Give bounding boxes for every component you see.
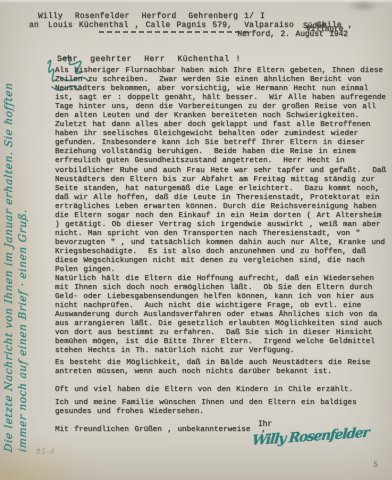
paragraph: Als bisheriger Flurnachbar haben mich Ih… [55,67,387,275]
paragraph: Ich und meine Familie wünschen Ihnen und… [55,399,387,417]
sender-line: Willy Rosenfelder Herford Gehrenberg 1/ … [38,13,368,22]
margin-annotation: Die letzte Nachricht von Ihnen im Januar… [2,60,36,452]
recipient-prefix: an [29,22,39,31]
date-line: Herford, 2. August 1942 [237,31,348,39]
scan-smudge [346,0,380,12]
margin-annotation-line: immer noch auf einen Brief · einen Gruß. [16,59,30,452]
scanned-letter-page: Willy Rosenfelder Herford Gehrenberg 1/ … [0,0,392,480]
letter-body: Als bisheriger Flurnachbar haben mich Ih… [55,67,387,435]
paragraph: Oft und viel haben die Eltern von den Ki… [55,386,387,395]
scan-edge-highlight [0,0,392,3]
signature-pronoun: Ihr [258,421,272,429]
typed-dashed-underline [99,31,251,33]
paragraph: Es besteht die Möglichkeit, daß in Bälde… [55,359,387,377]
pencil-note: 85-0 [36,448,56,456]
salutation: Sehr geehrter Herr Küchenthal ! [57,55,241,64]
margin-annotation-line: Die letzte Nachricht von Ihnen im Januar… [2,59,16,452]
page-number: 5 [373,461,378,470]
paragraph: Natürlich hält die Eltern die Hoffnung a… [55,275,387,356]
